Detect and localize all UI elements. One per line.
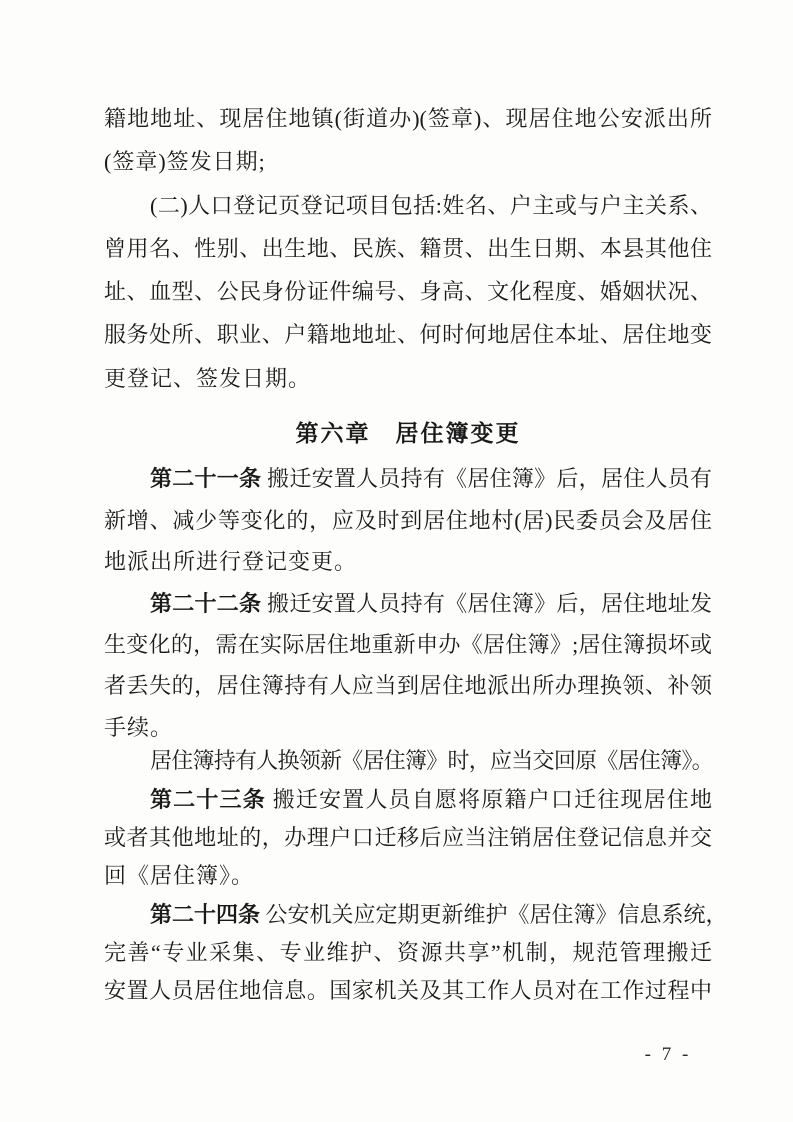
text-segment: (二)人口登记页登记项目包括:姓名、户主或与户主关系、 bbox=[150, 193, 712, 218]
text-line: 安置人员居住地信息。国家机关及其工作人员对在工作过程中 bbox=[104, 972, 712, 1010]
page-number: - 7 - bbox=[638, 1044, 698, 1066]
text-line: 新增、减少等变化的，应及时到居住地村(居)民委员会及居住 bbox=[104, 500, 712, 541]
text-line: 第二十二条 搬迁安置人员持有《居住簿》后，居住地址发 bbox=[104, 583, 712, 624]
para-article-23: 第二十三条 搬迁安置人员自愿将原籍户口迁往现居住地或者其他地址的，办理户口迁移后… bbox=[104, 781, 712, 896]
article-number-label: 第二十四条 bbox=[150, 902, 260, 927]
text-segment: 曾用名、性别、出生地、民族、籍贯、出生日期、本县其他住 bbox=[104, 236, 712, 261]
text-line: 曾用名、性别、出生地、民族、籍贯、出生日期、本县其他住 bbox=[104, 227, 712, 270]
para-article-21: 第二十一条 搬迁安置人员持有《居住簿》后，居住人员有新增、减少等变化的，应及时到… bbox=[104, 458, 712, 582]
text-line: 居住簿持有人换领新《居住簿》时，应当交回原《居住簿》。 bbox=[104, 742, 712, 780]
text-segment: 手续。 bbox=[104, 715, 173, 740]
text-line: (签章)签发日期; bbox=[104, 140, 712, 183]
text-line: 或者其他地址的，办理户口迁移后应当注销居住登记信息并交 bbox=[104, 819, 712, 857]
text-segment: (签章)签发日期; bbox=[104, 149, 266, 174]
text-line: (二)人口登记页登记项目包括:姓名、户主或与户主关系、 bbox=[104, 184, 712, 227]
text-line: 第二十四条 公安机关应定期更新维护《居住簿》信息系统， bbox=[104, 896, 712, 934]
text-line: 服务处所、职业、户籍地地址、何时何地居住本址、居住地变 bbox=[104, 313, 712, 356]
para-item-2-registration-page: (二)人口登记页登记项目包括:姓名、户主或与户主关系、曾用名、性别、出生地、民族… bbox=[104, 184, 712, 400]
article-number-label: 第二十三条 bbox=[150, 787, 266, 812]
text-line: 更登记、签发日期。 bbox=[104, 357, 712, 400]
text-segment: 者丢失的，居住簿持有人应当到居住地派出所办理换领、补领 bbox=[104, 673, 712, 698]
text-segment: 搬迁安置人员持有《居住簿》后，居住地址发 bbox=[261, 591, 712, 616]
text-segment: 搬迁安置人员持有《居住簿》后，居住人员有 bbox=[261, 466, 712, 491]
article-number-label: 第二十二条 bbox=[150, 591, 261, 616]
document-page: 籍地地址、现居住地镇(街道办)(签章)、现居住地公安派出所(签章)签发日期;(二… bbox=[0, 0, 793, 1122]
para-article-22: 第二十二条 搬迁安置人员持有《居住簿》后，居住地址发生变化的，需在实际居住地重新… bbox=[104, 583, 712, 749]
para-article-22-sub: 居住簿持有人换领新《居住簿》时，应当交回原《居住簿》。 bbox=[104, 742, 712, 780]
text-segment: 生变化的，需在实际居住地重新申办《居住簿》;居住簿损坏或 bbox=[104, 632, 712, 657]
text-line: 第二十三条 搬迁安置人员自愿将原籍户口迁往现居住地 bbox=[104, 781, 712, 819]
text-segment: 完善“专业采集、专业维护、资源共享”机制，规范管理搬迁 bbox=[104, 940, 712, 965]
text-segment: 地派出所进行登记变更。 bbox=[104, 549, 357, 574]
text-line: 者丢失的，居住簿持有人应当到居住地派出所办理换领、补领 bbox=[104, 665, 712, 706]
text-segment: 址、血型、公民身份证件编号、身高、文化程度、婚姻状况、 bbox=[104, 279, 712, 304]
article-number-label: 第二十一条 bbox=[150, 466, 261, 491]
text-line: 第二十一条 搬迁安置人员持有《居住簿》后，居住人员有 bbox=[104, 458, 712, 499]
text-line: 址、血型、公民身份证件编号、身高、文化程度、婚姻状况、 bbox=[104, 270, 712, 313]
document-body: 籍地地址、现居住地镇(街道办)(签章)、现居住地公安派出所(签章)签发日期;(二… bbox=[104, 97, 712, 1011]
text-line: 籍地地址、现居住地镇(街道办)(签章)、现居住地公安派出所 bbox=[104, 97, 712, 140]
text-segment: 回《居住簿》。 bbox=[104, 863, 254, 888]
chapter-6-heading: 第六章 居住簿变更 bbox=[104, 413, 712, 456]
text-line: 回《居住簿》。 bbox=[104, 857, 712, 895]
text-line: 生变化的，需在实际居住地重新申办《居住簿》;居住簿损坏或 bbox=[104, 624, 712, 665]
text-segment: 公安机关应定期更新维护《居住簿》信息系统， bbox=[260, 902, 712, 927]
text-segment: 居住簿持有人换领新《居住簿》时，应当交回原《居住簿》。 bbox=[150, 748, 712, 773]
text-segment: 服务处所、职业、户籍地地址、何时何地居住本址、居住地变 bbox=[104, 322, 712, 347]
text-segment: 搬迁安置人员自愿将原籍户口迁往现居住地 bbox=[266, 787, 712, 812]
text-line: 完善“专业采集、专业维护、资源共享”机制，规范管理搬迁 bbox=[104, 934, 712, 972]
text-segment: 或者其他地址的，办理户口迁移后应当注销居住登记信息并交 bbox=[104, 825, 712, 850]
para-article-24: 第二十四条 公安机关应定期更新维护《居住簿》信息系统，完善“专业采集、专业维护、… bbox=[104, 896, 712, 1011]
text-segment: 更登记、签发日期。 bbox=[104, 366, 311, 391]
text-segment: 安置人员居住地信息。国家机关及其工作人员对在工作过程中 bbox=[104, 978, 712, 1003]
text-segment: 籍地地址、现居住地镇(街道办)(签章)、现居住地公安派出所 bbox=[104, 106, 712, 131]
para-continuation-booklet-items: 籍地地址、现居住地镇(街道办)(签章)、现居住地公安派出所(签章)签发日期; bbox=[104, 97, 712, 184]
text-segment: 新增、减少等变化的，应及时到居住地村(居)民委员会及居住 bbox=[104, 508, 712, 533]
text-line: 地派出所进行登记变更。 bbox=[104, 541, 712, 582]
